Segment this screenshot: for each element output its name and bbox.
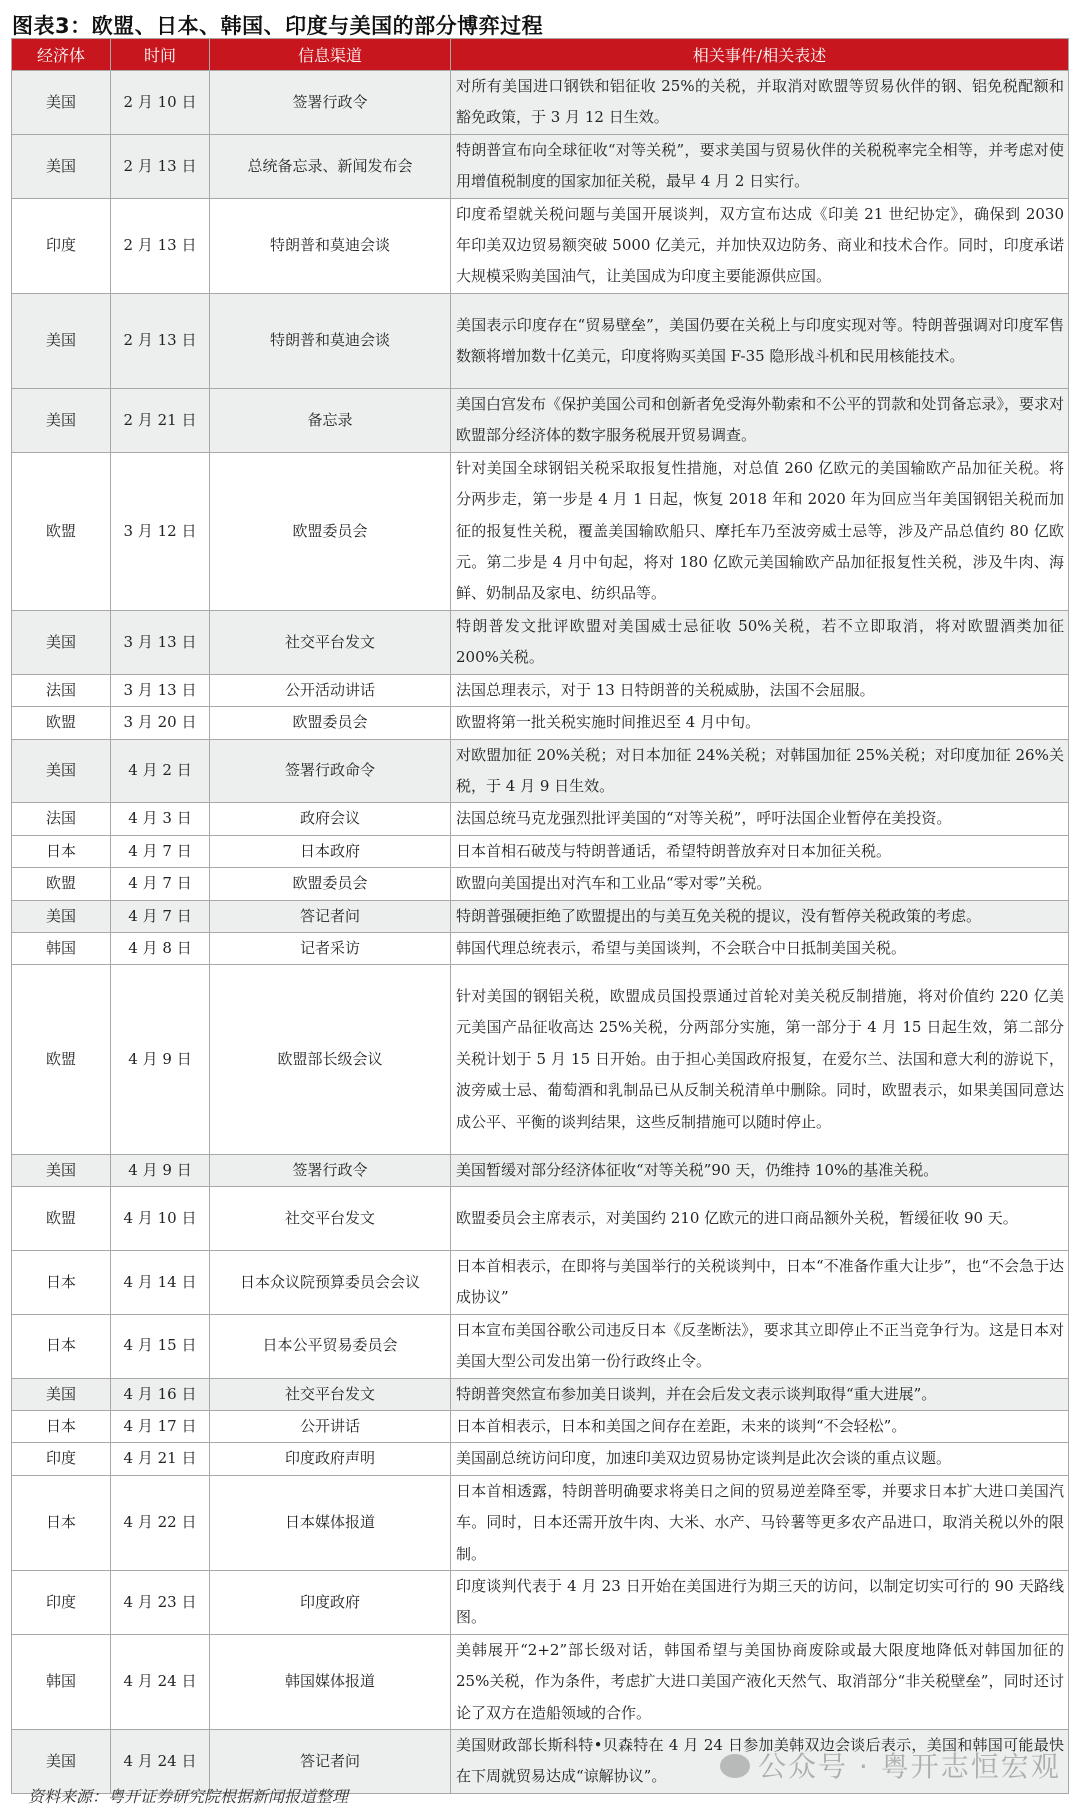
cell-channel: 社交平台发文: [210, 610, 451, 674]
data-table: 经济体 时间 信息渠道 相关事件/相关表述 美国2 月 10 日签署行政令对所有…: [11, 38, 1069, 1794]
cell-economy: 美国: [12, 389, 111, 453]
cell-event: 法国总理表示，对于 13 日特朗普的关税威胁，法国不会屈服。: [451, 674, 1069, 706]
cell-channel: 签署行政令: [210, 71, 451, 135]
cell-event: 特朗普突然宣布参加美日谈判，并在会后发文表示谈判取得“重大进展”。: [451, 1378, 1069, 1410]
cell-channel: 日本政府: [210, 835, 451, 867]
cell-channel: 日本众议院预算委员会会议: [210, 1250, 451, 1314]
cell-channel: 特朗普和莫迪会谈: [210, 293, 451, 388]
table-header-row: 经济体 时间 信息渠道 相关事件/相关表述: [12, 39, 1069, 71]
cell-date: 4 月 10 日: [111, 1187, 210, 1251]
cell-date: 4 月 14 日: [111, 1250, 210, 1314]
watermark: 公众号 · 粤开志恒宏观: [720, 1745, 1061, 1785]
cell-channel: 日本媒体报道: [210, 1475, 451, 1570]
cell-date: 4 月 22 日: [111, 1475, 210, 1570]
cell-channel: 韩国媒体报道: [210, 1634, 451, 1729]
cell-event: 美韩展开“2+2”部长级对话，韩国希望与美国协商废除或最大限度地降低对韩国加征的…: [451, 1634, 1069, 1729]
cell-date: 4 月 2 日: [111, 739, 210, 803]
cell-event: 针对美国的钢铝关税，欧盟成员国投票通过首轮对美关税反制措施，将对价值约 220 …: [451, 965, 1069, 1154]
cell-date: 4 月 21 日: [111, 1443, 210, 1475]
cell-channel: 公开讲话: [210, 1410, 451, 1442]
cell-event: 印度希望就关税问题与美国开展谈判，双方宣布达成《印美 21 世纪协定》，确保到 …: [451, 198, 1069, 293]
watermark-text: 公众号 · 粤开志恒宏观: [758, 1750, 1061, 1783]
cell-date: 4 月 9 日: [111, 965, 210, 1154]
cell-economy: 欧盟: [12, 965, 111, 1154]
cell-economy: 欧盟: [12, 1187, 111, 1251]
cell-economy: 美国: [12, 1154, 111, 1186]
cell-date: 4 月 17 日: [111, 1410, 210, 1442]
header-date: 时间: [111, 39, 210, 71]
table-row: 美国4 月 16 日社交平台发文特朗普突然宣布参加美日谈判，并在会后发文表示谈判…: [12, 1378, 1069, 1410]
table-row: 日本4 月 15 日日本公平贸易委员会日本宣布美国谷歌公司违反日本《反垄断法》，…: [12, 1314, 1069, 1378]
cell-channel: 社交平台发文: [210, 1378, 451, 1410]
cell-economy: 美国: [12, 134, 111, 198]
cell-date: 4 月 15 日: [111, 1314, 210, 1378]
header-event: 相关事件/相关表述: [451, 39, 1069, 71]
table-row: 美国2 月 10 日签署行政令对所有美国进口钢铁和铝征收 25%的关税，并取消对…: [12, 71, 1069, 135]
cell-channel: 欧盟委员会: [210, 707, 451, 739]
table-row: 美国4 月 7 日答记者问特朗普强硬拒绝了欧盟提出的与美互免关税的提议，没有暂停…: [12, 900, 1069, 932]
table-row: 印度2 月 13 日特朗普和莫迪会谈印度希望就关税问题与美国开展谈判，双方宣布达…: [12, 198, 1069, 293]
cell-channel: 特朗普和莫迪会谈: [210, 198, 451, 293]
table-row: 欧盟4 月 10 日社交平台发文欧盟委员会主席表示，对美国约 210 亿欧元的进…: [12, 1187, 1069, 1251]
cell-date: 4 月 7 日: [111, 868, 210, 900]
cell-event: 对欧盟加征 20%关税；对日本加征 24%关税；对韩国加征 25%关税；对印度加…: [451, 739, 1069, 803]
cell-event: 美国暂缓对部分经济体征收“对等关税”90 天，仍维持 10%的基准关税。: [451, 1154, 1069, 1186]
cell-channel: 欧盟委员会: [210, 868, 451, 900]
table-row: 日本4 月 14 日日本众议院预算委员会会议日本首相表示，在即将与美国举行的关税…: [12, 1250, 1069, 1314]
table-row: 欧盟4 月 7 日欧盟委员会欧盟向美国提出对汽车和工业品“零对零”关税。: [12, 868, 1069, 900]
cell-channel: 印度政府: [210, 1571, 451, 1635]
cell-event: 韩国代理总统表示，希望与美国谈判，不会联合中日抵制美国关税。: [451, 932, 1069, 964]
cell-date: 4 月 7 日: [111, 900, 210, 932]
cell-economy: 日本: [12, 1410, 111, 1442]
cell-event: 欧盟将第一批关税实施时间推迟至 4 月中旬。: [451, 707, 1069, 739]
source-note: 资料来源：粤开证券研究院根据新闻报道整理: [28, 1784, 348, 1807]
table-row: 美国4 月 2 日签署行政命令对欧盟加征 20%关税；对日本加征 24%关税；对…: [12, 739, 1069, 803]
cell-event: 法国总统马克龙强烈批评美国的“对等关税”，呼吁法国企业暂停在美投资。: [451, 803, 1069, 835]
cell-economy: 法国: [12, 803, 111, 835]
cell-channel: 政府会议: [210, 803, 451, 835]
cell-date: 2 月 10 日: [111, 71, 210, 135]
cell-channel: 备忘录: [210, 389, 451, 453]
cell-economy: 欧盟: [12, 868, 111, 900]
cell-event: 特朗普发文批评欧盟对美国威士忌征收 50%关税，若不立即取消，将对欧盟酒类加征 …: [451, 610, 1069, 674]
cell-channel: 欧盟部长级会议: [210, 965, 451, 1154]
cell-economy: 印度: [12, 1443, 111, 1475]
table-body: 美国2 月 10 日签署行政令对所有美国进口钢铁和铝征收 25%的关税，并取消对…: [12, 71, 1069, 1794]
cell-event: 欧盟委员会主席表示，对美国约 210 亿欧元的进口商品额外关税，暂缓征收 90 …: [451, 1187, 1069, 1251]
cell-channel: 记者采访: [210, 932, 451, 964]
cell-event: 印度谈判代表于 4 月 23 日开始在美国进行为期三天的访问，以制定切实可行的 …: [451, 1571, 1069, 1635]
cell-date: 2 月 13 日: [111, 134, 210, 198]
cell-event: 美国白宫发布《保护美国公司和创新者免受海外勒索和不公平的罚款和处罚备忘录》，要求…: [451, 389, 1069, 453]
table-row: 日本4 月 7 日日本政府日本首相石破茂与特朗普通话，希望特朗普放弃对日本加征关…: [12, 835, 1069, 867]
cell-economy: 日本: [12, 1475, 111, 1570]
table-row: 美国3 月 13 日社交平台发文特朗普发文批评欧盟对美国威士忌征收 50%关税，…: [12, 610, 1069, 674]
cell-economy: 日本: [12, 835, 111, 867]
cell-date: 4 月 23 日: [111, 1571, 210, 1635]
cell-date: 4 月 24 日: [111, 1634, 210, 1729]
header-channel: 信息渠道: [210, 39, 451, 71]
cell-economy: 欧盟: [12, 707, 111, 739]
cell-event: 欧盟向美国提出对汽车和工业品“零对零”关税。: [451, 868, 1069, 900]
cell-economy: 美国: [12, 739, 111, 803]
table-row: 法国3 月 13 日公开活动讲话法国总理表示，对于 13 日特朗普的关税威胁，法…: [12, 674, 1069, 706]
table-row: 日本4 月 17 日公开讲话日本首相表示，日本和美国之间存在差距，未来的谈判“不…: [12, 1410, 1069, 1442]
cell-event: 美国副总统访问印度，加速印美双边贸易协定谈判是此次会谈的重点议题。: [451, 1443, 1069, 1475]
table-row: 美国2 月 13 日特朗普和莫迪会谈美国表示印度存在“贸易壁垒”，美国仍要在关税…: [12, 293, 1069, 388]
cell-date: 3 月 13 日: [111, 674, 210, 706]
cell-date: 4 月 7 日: [111, 835, 210, 867]
cell-event: 日本首相石破茂与特朗普通话，希望特朗普放弃对日本加征关税。: [451, 835, 1069, 867]
cell-economy: 美国: [12, 293, 111, 388]
cell-event: 特朗普强硬拒绝了欧盟提出的与美互免关税的提议，没有暂停关税政策的考虑。: [451, 900, 1069, 932]
table-row: 日本4 月 22 日日本媒体报道日本首相透露，特朗普明确要求将美日之间的贸易逆差…: [12, 1475, 1069, 1570]
cell-date: 3 月 20 日: [111, 707, 210, 739]
table-row: 欧盟4 月 9 日欧盟部长级会议针对美国的钢铝关税，欧盟成员国投票通过首轮对美关…: [12, 965, 1069, 1154]
cell-channel: 答记者问: [210, 900, 451, 932]
cell-date: 4 月 3 日: [111, 803, 210, 835]
cell-channel: 总统备忘录、新闻发布会: [210, 134, 451, 198]
table-row: 欧盟3 月 12 日欧盟委员会针对美国全球钢铝关税采取报复性措施，对总值 260…: [12, 452, 1069, 610]
cell-economy: 美国: [12, 1378, 111, 1410]
cell-date: 2 月 21 日: [111, 389, 210, 453]
cell-date: 2 月 13 日: [111, 198, 210, 293]
cell-date: 4 月 16 日: [111, 1378, 210, 1410]
table-row: 法国4 月 3 日政府会议法国总统马克龙强烈批评美国的“对等关税”，呼吁法国企业…: [12, 803, 1069, 835]
cell-economy: 法国: [12, 674, 111, 706]
cell-economy: 日本: [12, 1250, 111, 1314]
table-row: 韩国4 月 8 日记者采访韩国代理总统表示，希望与美国谈判，不会联合中日抵制美国…: [12, 932, 1069, 964]
cell-event: 针对美国全球钢铝关税采取报复性措施，对总值 260 亿欧元的美国输欧产品加征关税…: [451, 452, 1069, 610]
cell-date: 4 月 8 日: [111, 932, 210, 964]
table-row: 美国4 月 9 日签署行政令美国暂缓对部分经济体征收“对等关税”90 天，仍维持…: [12, 1154, 1069, 1186]
cell-channel: 日本公平贸易委员会: [210, 1314, 451, 1378]
cell-date: 4 月 9 日: [111, 1154, 210, 1186]
cell-economy: 日本: [12, 1314, 111, 1378]
cell-date: 3 月 13 日: [111, 610, 210, 674]
cell-economy: 印度: [12, 198, 111, 293]
cell-economy: 美国: [12, 71, 111, 135]
cell-event: 日本首相表示，日本和美国之间存在差距，未来的谈判“不会轻松”。: [451, 1410, 1069, 1442]
cell-event: 日本首相透露，特朗普明确要求将美日之间的贸易逆差降至零，并要求日本扩大进口美国汽…: [451, 1475, 1069, 1570]
table-row: 印度4 月 21 日印度政府声明美国副总统访问印度，加速印美双边贸易协定谈判是此…: [12, 1443, 1069, 1475]
cell-date: 3 月 12 日: [111, 452, 210, 610]
cell-event: 对所有美国进口钢铁和铝征收 25%的关税，并取消对欧盟等贸易伙伴的钢、铝免税配额…: [451, 71, 1069, 135]
wechat-icon: [720, 1754, 750, 1778]
cell-channel: 公开活动讲话: [210, 674, 451, 706]
cell-event: 特朗普宣布向全球征收“对等关税”，要求美国与贸易伙伴的关税税率完全相等，并考虑对…: [451, 134, 1069, 198]
header-economy: 经济体: [12, 39, 111, 71]
cell-channel: 社交平台发文: [210, 1187, 451, 1251]
cell-economy: 韩国: [12, 1634, 111, 1729]
cell-event: 美国表示印度存在“贸易壁垒”，美国仍要在关税上与印度实现对等。特朗普强调对印度军…: [451, 293, 1069, 388]
cell-channel: 欧盟委员会: [210, 452, 451, 610]
cell-channel: 印度政府声明: [210, 1443, 451, 1475]
cell-date: 2 月 13 日: [111, 293, 210, 388]
table-row: 美国2 月 21 日备忘录美国白宫发布《保护美国公司和创新者免受海外勒索和不公平…: [12, 389, 1069, 453]
table-row: 美国2 月 13 日总统备忘录、新闻发布会特朗普宣布向全球征收“对等关税”，要求…: [12, 134, 1069, 198]
cell-channel: 签署行政命令: [210, 739, 451, 803]
cell-economy: 印度: [12, 1571, 111, 1635]
cell-channel: 签署行政令: [210, 1154, 451, 1186]
cell-economy: 美国: [12, 900, 111, 932]
cell-event: 日本宣布美国谷歌公司违反日本《反垄断法》，要求其立即停止不正当竞争行为。这是日本…: [451, 1314, 1069, 1378]
cell-economy: 韩国: [12, 932, 111, 964]
cell-event: 日本首相表示，在即将与美国举行的关税谈判中，日本“不准备作重大让步”，也“不会急…: [451, 1250, 1069, 1314]
figure-title: 图表3：欧盟、日本、韩国、印度与美国的部分博弈过程: [12, 10, 543, 40]
table-row: 韩国4 月 24 日韩国媒体报道美韩展开“2+2”部长级对话，韩国希望与美国协商…: [12, 1634, 1069, 1729]
table-row: 印度4 月 23 日印度政府印度谈判代表于 4 月 23 日开始在美国进行为期三…: [12, 1571, 1069, 1635]
cell-economy: 欧盟: [12, 452, 111, 610]
cell-economy: 美国: [12, 610, 111, 674]
table-row: 欧盟3 月 20 日欧盟委员会欧盟将第一批关税实施时间推迟至 4 月中旬。: [12, 707, 1069, 739]
